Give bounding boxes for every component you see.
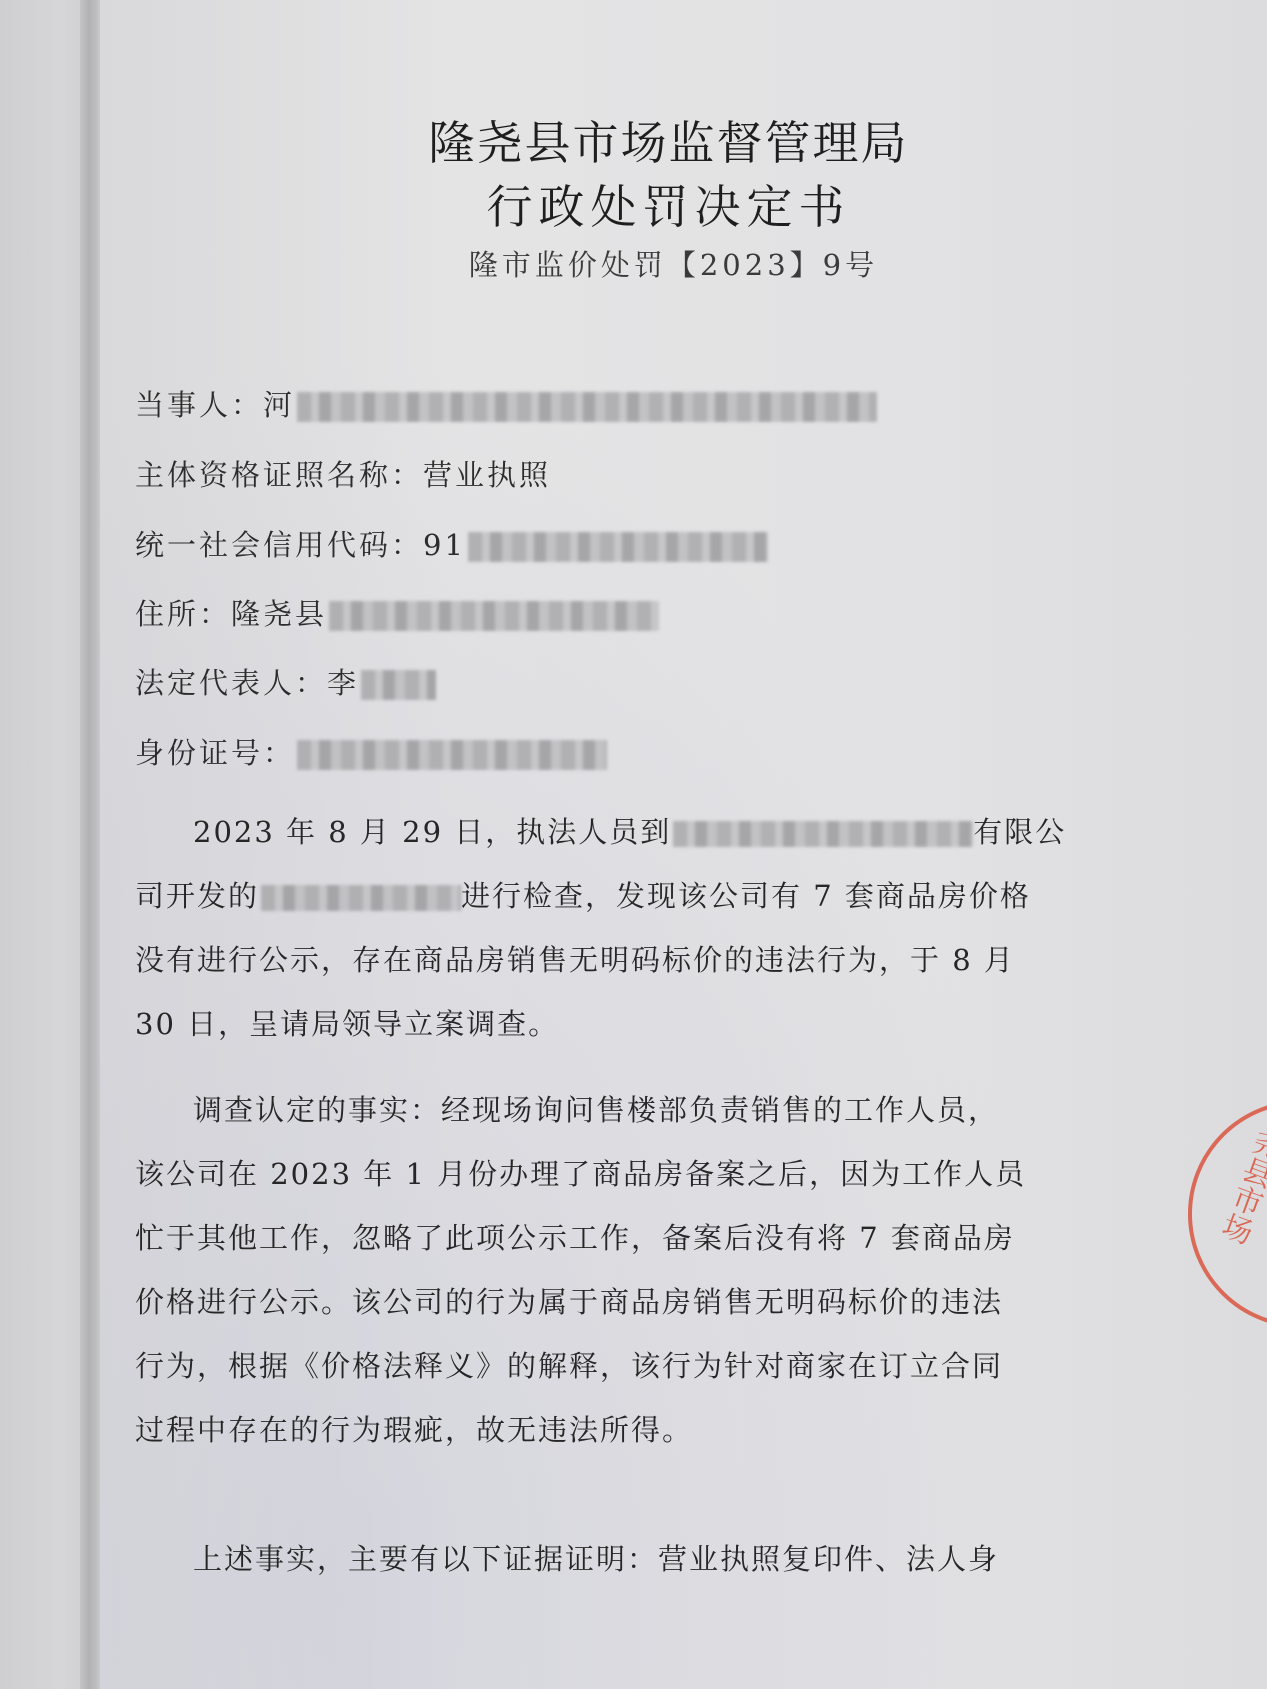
field-license-name: 主体资格证照名称：营业执照 xyxy=(135,455,551,495)
field-value: 91 xyxy=(423,528,466,562)
paragraph-evidence: 上述事实，主要有以下证据证明：营业执照复印件、法人身 xyxy=(135,1527,1120,1591)
paragraph-line: 调查认定的事实：经现场询问售楼部负责销售的工作人员， xyxy=(135,1078,1120,1142)
paragraph-line: 30 日，呈请局领导立案调查。 xyxy=(135,992,1120,1056)
paragraph-line: 没有进行公示，存在商品房销售无明码标价的违法行为，于 8 月 xyxy=(135,928,1120,992)
document-header: 隆尧县市场监督管理局 行政处罚决定书 隆市监价处罚【2023】9号 xyxy=(0,112,1267,290)
paragraph-line: 忙于其他工作，忽略了此项公示工作，备案后没有将 7 套商品房 xyxy=(135,1206,1120,1270)
paragraph-line: 司开发的进行检查，发现该公司有 7 套商品房价格 xyxy=(135,864,1120,928)
field-credit-code: 统一社会信用代码：91 xyxy=(135,525,768,565)
field-address: 住所：隆尧县 xyxy=(135,594,659,634)
paragraph-line: 过程中存在的行为瑕疵，故无违法所得。 xyxy=(135,1398,1120,1462)
paragraph-line: 价格进行公示。该公司的行为属于商品房销售无明码标价的违法 xyxy=(135,1270,1120,1334)
field-party: 当事人：河 xyxy=(135,385,877,425)
document-title: 行政处罚决定书 xyxy=(0,174,1267,240)
field-value: 河 xyxy=(263,388,295,422)
field-label: 当事人： xyxy=(135,388,263,422)
field-label: 法定代表人： xyxy=(135,666,327,700)
paragraph-line: 上述事实，主要有以下证据证明：营业执照复印件、法人身 xyxy=(135,1527,1120,1591)
field-legal-rep: 法定代表人：李 xyxy=(135,663,436,703)
issuer-title: 隆尧县市场监督管理局 xyxy=(0,112,1267,174)
field-label: 住所： xyxy=(135,597,231,631)
redaction-block xyxy=(361,670,436,700)
redaction-block xyxy=(261,885,461,911)
redaction-block xyxy=(673,821,973,847)
field-label: 身份证号： xyxy=(135,736,295,770)
paragraph-inspection: 2023 年 8 月 29 日，执法人员到有限公 司开发的进行检查，发现该公司有… xyxy=(135,800,1120,1056)
field-value: 隆尧县 xyxy=(231,597,327,631)
field-value: 营业执照 xyxy=(423,458,551,492)
paragraph-line: 该公司在 2023 年 1 月份办理了商品房备案之后，因为工作人员 xyxy=(135,1142,1120,1206)
document-number: 隆市监价处罚【2023】9号 xyxy=(0,240,1267,290)
redaction-block xyxy=(297,740,607,770)
paragraph-findings: 调查认定的事实：经现场询问售楼部负责销售的工作人员， 该公司在 2023 年 1… xyxy=(135,1078,1120,1462)
paragraph-line: 2023 年 8 月 29 日，执法人员到有限公 xyxy=(135,800,1120,864)
redaction-block xyxy=(329,601,659,631)
field-label: 统一社会信用代码： xyxy=(135,528,423,562)
field-label: 主体资格证照名称： xyxy=(135,458,423,492)
paragraph-line: 行为，根据《价格法释义》的解释，该行为针对商家在订立合同 xyxy=(135,1334,1120,1398)
redaction-block xyxy=(297,392,877,422)
field-value: 李 xyxy=(327,666,359,700)
field-id-number: 身份证号： xyxy=(135,733,607,773)
redaction-block xyxy=(468,532,768,562)
